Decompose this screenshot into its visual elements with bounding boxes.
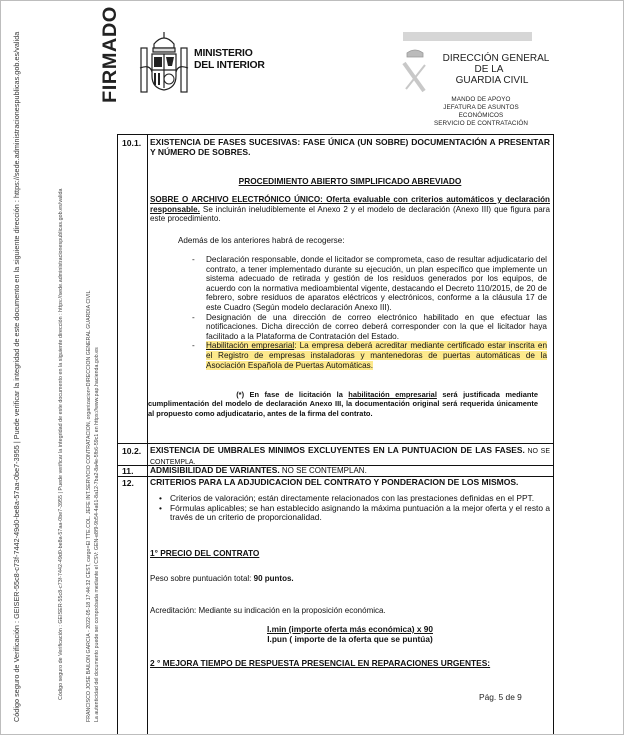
verification-margin-text-small: Código seguro de Verificación : GEISER-5… — [58, 189, 64, 700]
dash-bullet: - — [192, 255, 195, 265]
signature-margin-text: FRANCISCO JOSE BAILON GARCIA - 2022-05-1… — [86, 290, 92, 722]
gc-line-2: DE LA — [427, 64, 551, 75]
section-title-10-1: EXISTENCIA DE FASES SUCESIVAS: FASE ÚNIC… — [150, 138, 550, 157]
note-pre: (*) En fase de licitación la — [236, 390, 348, 399]
verification-margin-text: Código seguro de Verificación : GEISER-5… — [12, 32, 21, 722]
sobre-text: Se incluirán ineludiblemente el Anexo 2 … — [150, 205, 550, 224]
section-title-10-2: EXISTENCIA DE UMBRALES MINIMOS EXCLUYENT… — [150, 446, 550, 467]
coat-of-arms-icon — [138, 30, 190, 94]
dept-line-1: MANDO DE APOYO — [421, 96, 541, 104]
list-item: - Designación de una dirección de correo… — [206, 313, 547, 342]
dash-bullet: - — [192, 313, 195, 323]
note-underlined: habilitación empresarial — [348, 390, 437, 399]
dept-line-2: JEFATURA DE ASUNTOS ECONÓMICOS — [421, 104, 541, 120]
list-item: - Declaración responsable, donde el lici… — [206, 255, 547, 313]
dept-line-3: SERVICIO DE CONTRATACIÓN — [421, 120, 541, 128]
guardia-civil-title: DIRECCIÓN GENERAL DE LA GUARDIA CIVIL — [441, 53, 551, 86]
section-number-10-1: 10.1. — [122, 138, 141, 148]
header-gray-bar — [403, 32, 532, 41]
ministry-line-1: MINISTERIO — [194, 48, 265, 60]
section-11-note: NO SE CONTEMPLAN. — [280, 466, 367, 475]
list-item-text: Fórmulas aplicables; se han establecido … — [170, 503, 550, 523]
formula-denominator: I.pun ( importe de la oferta que se punt… — [150, 635, 550, 645]
section-title-12: CRITERIOS PARA LA ADJUDICACION DEL CONTR… — [150, 478, 550, 488]
dash-bullet: - — [192, 341, 195, 351]
section-11-heading: ADMISIBILIDAD DE VARIANTES. — [150, 465, 280, 475]
highlight-label: Habilitación empresarial — [206, 341, 294, 350]
criterion-1-title: 1° PRECIO DEL CONTRATO — [150, 549, 550, 559]
requirements-intro: Además de los anteriores habrá de recoge… — [178, 236, 578, 246]
requirements-list: - Declaración responsable, donde el lici… — [206, 255, 547, 370]
table-right-border — [553, 134, 554, 734]
gc-line-3: GUARDIA CIVIL — [433, 75, 551, 86]
licitation-note: (*) En fase de licitación la habilitació… — [148, 390, 538, 418]
list-item-highlighted: - Habilitación empresarial: La empresa d… — [206, 341, 547, 370]
weight-label: Peso sobre puntuación total: — [150, 574, 254, 583]
gc-line-1: DIRECCIÓN GENERAL — [441, 53, 551, 64]
ministry-line-2: DEL INTERIOR — [194, 60, 265, 72]
list-item-text: Designación de una dirección de correo e… — [206, 313, 547, 341]
bullet-dot: • — [159, 504, 162, 514]
department-block: MANDO DE APOYO JEFATURA DE ASUNTOS ECONÓ… — [421, 96, 541, 128]
price-formula: I.min (importe oferta más económica) x 9… — [150, 625, 550, 644]
table-row-divider — [117, 443, 554, 444]
criterion-1-accreditation: Acreditación: Mediante su indicación en … — [150, 606, 550, 616]
page-number: Pág. 5 de 9 — [479, 692, 522, 702]
section-10-2-heading: EXISTENCIA DE UMBRALES MINIMOS EXCLUYENT… — [150, 445, 525, 455]
guardia-civil-emblem-icon — [400, 49, 430, 93]
csv-margin-text: La autenticidad del documento puede ser … — [94, 347, 100, 722]
section-number-11: 11. — [122, 466, 133, 476]
section-title-11: ADMISIBILIDAD DE VARIANTES. NO SE CONTEM… — [150, 466, 550, 476]
signed-stamp: FIRMADO — [100, 6, 122, 103]
list-item-text: Declaración responsable, donde el licita… — [206, 255, 547, 312]
table-number-column — [117, 134, 148, 734]
list-item-text: Criterios de valoración; están directame… — [170, 493, 534, 503]
criterion-1-weight: Peso sobre puntuación total: 90 puntos. — [150, 574, 550, 584]
highlighted-text: Habilitación empresarial: La empresa deb… — [206, 341, 547, 369]
ministry-name: MINISTERIO DEL INTERIOR — [194, 48, 265, 71]
section-number-10-2: 10.2. — [122, 446, 141, 456]
criterion-2-title: 2 ° MEJORA TIEMPO DE RESPUESTA PRESENCIA… — [150, 659, 550, 669]
list-item: • Fórmulas aplicables; se han establecid… — [170, 504, 550, 523]
weight-value: 90 puntos. — [254, 574, 294, 583]
criteria-list: • Criterios de valoración; están directa… — [170, 494, 550, 523]
table-row-divider — [117, 134, 554, 135]
section-number-12: 12. — [122, 478, 134, 488]
procedure-title: PROCEDIMIENTO ABIERTO SIMPLIFICADO ABREV… — [150, 177, 550, 187]
sobre-paragraph: SOBRE O ARCHIVO ELECTRÓNICO ÚNICO: Ofert… — [150, 195, 550, 224]
